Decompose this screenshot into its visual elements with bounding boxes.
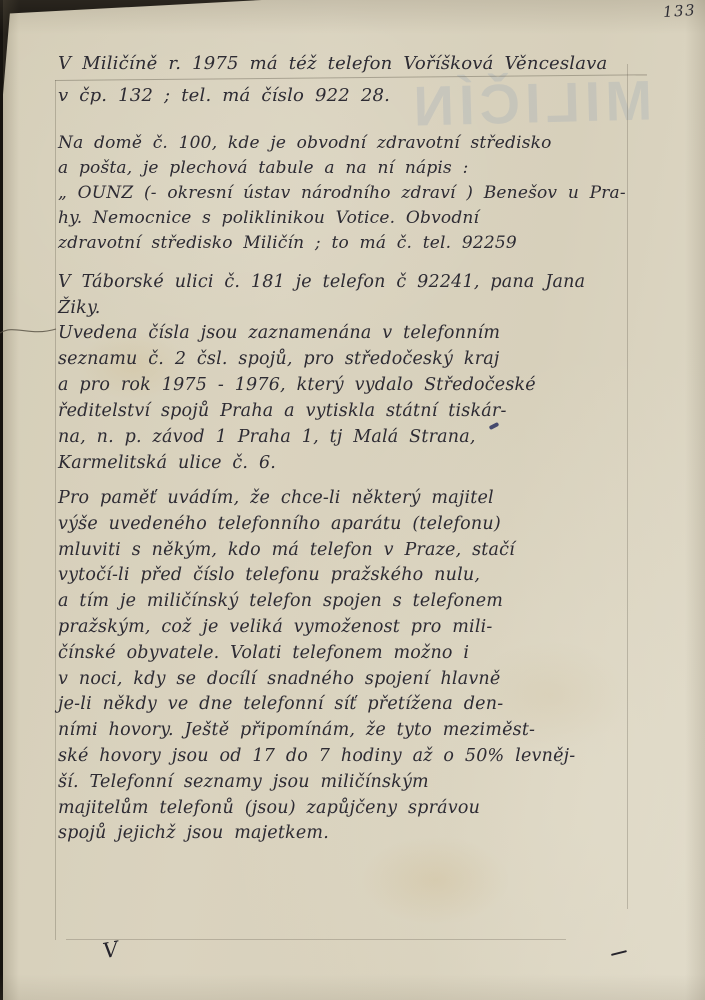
handwritten-line: V Miličíně r. 1975 má též telefon Voříšk… [58, 48, 643, 80]
handwritten-line: hy. Nemocnice s poliklinikou Votice. Obv… [58, 206, 643, 231]
handwritten-line: čínské obyvatele. Volati telefonem možno… [58, 641, 643, 667]
handwritten-line: pražským, což je veliká vymoženost pro m… [58, 615, 643, 641]
scan-black-edge-left [0, 0, 3, 1000]
handwritten-line: v noci, kdy se docílí snadného spojení h… [58, 667, 643, 693]
handwritten-line: ské hovory jsou od 17 do 7 hodiny až o 5… [58, 744, 643, 770]
handwritten-line: „ OUNZ (- okresní ústav národního zdraví… [58, 181, 643, 206]
handwritten-line: Pro paměť uvádím, že chce-li některý maj… [58, 486, 643, 512]
handwritten-line: a tím je miličínský telefon spojen s tel… [58, 589, 643, 615]
handwritten-line: mluviti s někým, kdo má telefon v Praze,… [58, 538, 643, 564]
handwritten-line: Uvedena čísla jsou zaznamenána v telefon… [58, 320, 643, 346]
checkmark-icon: V [101, 937, 120, 963]
paragraph-calling-prague: Pro paměť uvádím, že chce-li některý maj… [58, 486, 643, 847]
paper-shadow-right [685, 0, 705, 1000]
pencil-rule-left [55, 80, 56, 940]
paragraph-telephone-voriskova: V Miličíně r. 1975 má též telefon Voříšk… [58, 48, 643, 112]
paper-shadow-bottom [0, 974, 705, 1000]
handwritten-line: zdravotní středisko Miličín ; to má č. t… [58, 231, 643, 256]
paper-stain [360, 835, 510, 925]
handwritten-line: a pro rok 1975 - 1976, který vydalo Stře… [58, 372, 643, 398]
handwritten-line: Na domě č. 100, kde je obvodní zdravotní… [58, 131, 643, 156]
handwritten-line: výše uvedeného telefonního aparátu (tele… [58, 512, 643, 538]
pencil-rule-bottom [66, 939, 566, 940]
paragraph-telephone-directory: Uvedena čísla jsou zaznamenána v telefon… [58, 320, 643, 476]
pen-dash-mark [611, 950, 627, 956]
handwritten-line: je-li někdy ve dne telefonní síť přetíže… [58, 692, 643, 718]
paragraph-taborska-street: V Táborské ulici č. 181 je telefon č 922… [58, 269, 643, 321]
handwritten-line: ředitelství spojů Praha a vytiskla státn… [58, 398, 643, 424]
handwritten-line: spojů jejichž jsou majetkem. [58, 821, 643, 847]
page-number: 133 [662, 1, 696, 21]
scan-black-corner-side [0, 0, 11, 130]
handwritten-line: ními hovory. Ještě připomínám, že tyto m… [58, 718, 643, 744]
margin-annotation-mark [0, 320, 58, 342]
paragraph-ounz-sign: Na domě č. 100, kde je obvodní zdravotní… [58, 131, 643, 256]
handwritten-line: a pošta, je plechová tabule a na ní nápi… [58, 156, 643, 181]
handwritten-line: V Táborské ulici č. 181 je telefon č 922… [58, 269, 643, 295]
scan-black-corner-top [0, 0, 262, 14]
handwritten-line: majitelům telefonů (jsou) zapůjčeny sprá… [58, 796, 643, 822]
handwritten-line: vytočí-li před číslo telefonu pražského … [58, 563, 643, 589]
handwritten-line: seznamu č. 2 čsl. spojů, pro středočeský… [58, 346, 643, 372]
scanned-chronicle-page: 133 MILIČÍN V Miličíně r. 1975 má též te… [0, 0, 705, 1000]
handwritten-line: Žiky. [58, 295, 643, 321]
handwritten-line: na, n. p. závod 1 Praha 1, tj Malá Stran… [58, 424, 643, 450]
handwritten-line: ší. Telefonní seznamy jsou miličínským [58, 770, 643, 796]
handwritten-line: v čp. 132 ; tel. má číslo 922 28. [58, 80, 643, 112]
paper-shadow-left [3, 0, 19, 1000]
handwritten-line: Karmelitská ulice č. 6. [58, 450, 643, 476]
